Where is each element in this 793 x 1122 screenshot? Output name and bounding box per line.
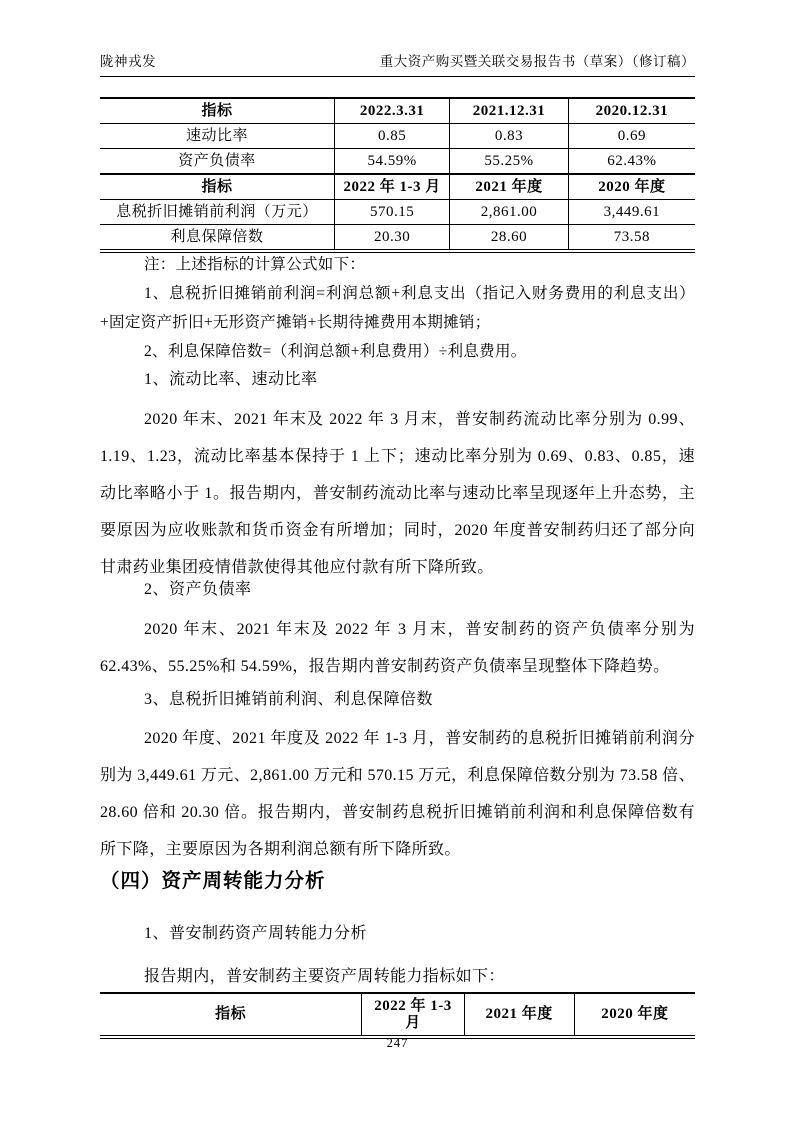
paragraph-liquidity-analysis: 2020 年末、2021 年末及 2022 年 3 月末，普安制药流动比率分别为… bbox=[100, 401, 695, 586]
section-title-text: 息税折旧摊销前利润、利息保障倍数 bbox=[169, 691, 433, 708]
table-cell: 0.85 bbox=[334, 124, 449, 149]
table-header-row: 指标 2022 年 1-3 月 2021 年度 2020 年度 bbox=[100, 993, 695, 1037]
table-header-row: 指标 2022 年 1-3 月 2021 年度 2020 年度 bbox=[100, 174, 695, 200]
section-number: 2、 bbox=[144, 581, 169, 598]
table-row: 利息保障倍数 20.30 28.60 73.58 bbox=[100, 225, 695, 252]
table-cell: 速动比率 bbox=[100, 124, 334, 149]
financial-ratios-table-wrap: 指标 2022.3.31 2021.12.31 2020.12.31 速动比率 … bbox=[100, 97, 695, 253]
paragraph-ebitda-analysis: 2020 年度、2021 年度及 2022 年 1-3 月，普安制药的息税折旧摊… bbox=[100, 720, 695, 868]
table-header-cell: 2021.12.31 bbox=[450, 98, 568, 124]
table-cell: 20.30 bbox=[334, 225, 449, 252]
table-header-cell: 2022 年 1-3 月 bbox=[362, 993, 464, 1037]
table-header-cell: 2022 年 1-3 月 bbox=[334, 174, 449, 200]
table-cell: 资产负债率 bbox=[100, 149, 334, 175]
table-cell: 55.25% bbox=[450, 149, 568, 175]
table-header-cell: 2020 年度 bbox=[568, 174, 695, 200]
asset-turnover-table: 指标 2022 年 1-3 月 2021 年度 2020 年度 bbox=[100, 992, 695, 1039]
table-cell: 0.83 bbox=[450, 124, 568, 149]
turnover-table-intro: 报告期内，普安制药主要资产周转能力指标如下： bbox=[100, 958, 695, 995]
table-cell: 2,861.00 bbox=[450, 200, 568, 225]
table-cell: 62.43% bbox=[568, 149, 695, 175]
note-item: 2、利息保障倍数=（利润总额+利息费用）÷利息费用。 bbox=[100, 337, 695, 366]
section-title-text: 流动比率、速动比率 bbox=[169, 371, 318, 388]
table-header-cell: 2020.12.31 bbox=[568, 98, 695, 124]
chapter-subheading: 1、普安制药资产周转能力分析 bbox=[100, 922, 695, 946]
asset-turnover-table-wrap: 指标 2022 年 1-3 月 2021 年度 2020 年度 bbox=[100, 992, 695, 1039]
table-cell: 570.15 bbox=[334, 200, 449, 225]
financial-ratios-table: 指标 2022.3.31 2021.12.31 2020.12.31 速动比率 … bbox=[100, 97, 695, 253]
table-row: 息税折旧摊销前利润（万元） 570.15 2,861.00 3,449.61 bbox=[100, 200, 695, 225]
section-title-liquidity-ratios: 1、流动比率、速动比率 bbox=[100, 368, 695, 392]
section-title-text: 1、普安制药资产周转能力分析 bbox=[144, 925, 367, 942]
page-number: 247 bbox=[100, 1036, 695, 1051]
paragraph-debt-ratio-analysis: 2020 年末、2021 年末及 2022 年 3 月末，普安制药的资产负债率分… bbox=[100, 611, 695, 685]
table-header-cell: 2021 年度 bbox=[464, 993, 574, 1037]
section-number: 3、 bbox=[144, 691, 169, 708]
table-header-cell: 2020 年度 bbox=[574, 993, 695, 1037]
table-header-row: 指标 2022.3.31 2021.12.31 2020.12.31 bbox=[100, 98, 695, 124]
table-header-cell: 指标 bbox=[100, 174, 334, 200]
page-header: 陇神戎发 重大资产购买暨关联交易报告书（草案）（修订稿） bbox=[100, 50, 695, 77]
document-page: 陇神戎发 重大资产购买暨关联交易报告书（草案）（修订稿） 指标 2022.3.3… bbox=[0, 0, 793, 1122]
table-cell: 0.69 bbox=[568, 124, 695, 149]
table-cell: 73.58 bbox=[568, 225, 695, 252]
section-title-debt-ratio: 2、资产负债率 bbox=[100, 578, 695, 602]
table-cell: 息税折旧摊销前利润（万元） bbox=[100, 200, 334, 225]
table-cell: 3,449.61 bbox=[568, 200, 695, 225]
section-number: 1、 bbox=[144, 371, 169, 388]
table-header-cell: 指标 bbox=[100, 993, 362, 1037]
table-cell: 54.59% bbox=[334, 149, 449, 175]
header-report-title: 重大资产购买暨关联交易报告书（草案）（修订稿） bbox=[380, 50, 695, 70]
table-row: 速动比率 0.85 0.83 0.69 bbox=[100, 124, 695, 149]
section-title-text: 资产负债率 bbox=[169, 581, 252, 598]
chapter-heading-asset-turnover: （四）资产周转能力分析 bbox=[100, 868, 695, 894]
table-cell: 利息保障倍数 bbox=[100, 225, 334, 252]
note-item: 1、息税折旧摊销前利润=利润总额+利息支出（指记入财务费用的利息支出）+固定资产… bbox=[100, 279, 695, 337]
table-cell: 28.60 bbox=[450, 225, 568, 252]
table-notes: 注：上述指标的计算公式如下： 1、息税折旧摊销前利润=利润总额+利息支出（指记入… bbox=[100, 250, 695, 366]
table-header-cell: 2022.3.31 bbox=[334, 98, 449, 124]
section-title-ebitda: 3、息税折旧摊销前利润、利息保障倍数 bbox=[100, 688, 695, 712]
table-header-cell: 指标 bbox=[100, 98, 334, 124]
table-header-cell: 2021 年度 bbox=[450, 174, 568, 200]
header-company-name: 陇神戎发 bbox=[100, 50, 156, 70]
note-intro: 注：上述指标的计算公式如下： bbox=[100, 250, 695, 279]
table-row: 资产负债率 54.59% 55.25% 62.43% bbox=[100, 149, 695, 175]
